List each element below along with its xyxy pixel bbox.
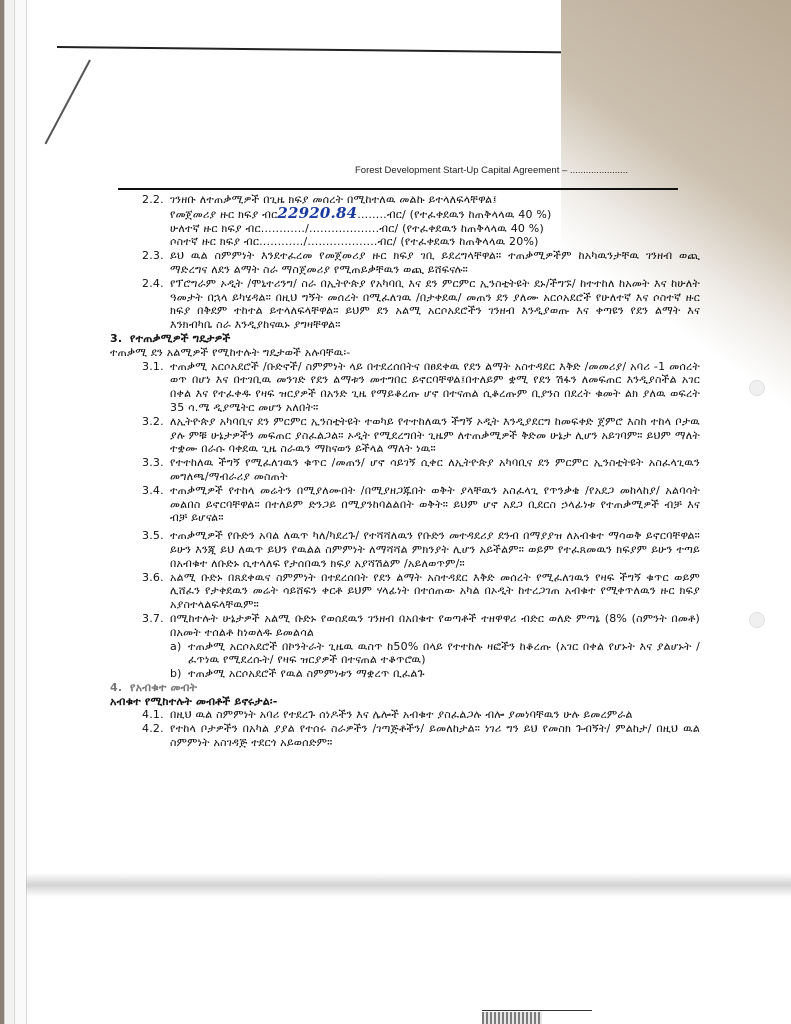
clause-number: 2.4. (142, 277, 170, 332)
document-body: 2.2. ገንዘቡ ለተጠቃሚዎች በጊዜ ክፍያ መሰረት በሚከተለዉ መል… (110, 193, 700, 750)
clause-text: ተጠቃሚ አርሶአደሮች /ቡድኖች/ ስምምነት ላይ በተደረሰበትና በፀ… (170, 360, 700, 415)
clause-3-2: 3.2. ለኢትዮጵያ አካባቢና ደን ምርምር ኢንስቲትዩት ተወካይ የ… (142, 415, 700, 456)
section-number: 3. (110, 332, 130, 346)
clause-text: ተጠቃሚዎች የተከላ መሬትን በሚያለሙበት /በሚያዘጋጁበት ወቅት ያ… (170, 484, 700, 525)
first-payment-line: የመጀመሪያ ዙር ክፍያ ብር22920.84........ብር/ (የተፈ… (170, 207, 700, 222)
clause-4-1: 4.1. በዚህ ዉል ስምምነት አባሪ የተደረጉ ሰነዶችን እና ሌሎች… (142, 708, 700, 722)
clause-3-6: 3.6. አልሚ ቡድኑ በጸደቀዉና ስምምነት በተደረሰበት የደን ልማ… (142, 571, 700, 612)
clause-text: የተከላ ቦታዎችን በአካል ያያል የተሰሩ ስራዎችን /ገጣጅቶችን/ … (170, 722, 700, 750)
clause-text: በሚከተሉት ሁኔታዎች አልሚ ቡድኑ የወሰደዉን ገንዘብ በአበቁተ የ… (170, 612, 700, 640)
footer-rule (482, 1010, 592, 1011)
section-4-intro: አብቁተ የሚከተሉት መብቶች ይኖሩታል፡- (110, 695, 700, 709)
section-number: 4. (110, 681, 130, 695)
punch-hole (749, 380, 765, 396)
section-3-heading: 3. የተጠቃሚዎች ግዴታዎች (110, 332, 700, 346)
punch-hole (749, 612, 765, 628)
subclause-a: a) ተጠቃሚ አርሶአደሮች በኮንትራት ጊዜዉ ዉስጥ ከ50% በላይ … (170, 640, 700, 668)
clause-text: ይህ ዉል ስምምነት እንደተፈረመ የመጀመሪያ ዙር ክፍያ ገቢ ይደረ… (170, 249, 700, 277)
running-header: Forest Development Start-Up Capital Agre… (355, 165, 628, 176)
clause-number: 3.1. (142, 360, 170, 415)
clause-3-5: 3.5. ተጠቃሚዎች የቡድን አባል ለዉጥ ካለ/ካደረጉ/ የተሻሻለዉ… (142, 529, 700, 570)
clause-text: ለኢትዮጵያ አካባቢና ደን ምርምር ኢንስቲትዩት ተወካይ የተተከለዉ… (170, 415, 700, 456)
header-rule (118, 188, 678, 190)
section-4-heading: 4. የአብቁተ መብት (110, 681, 700, 695)
clause-2-2: 2.2. ገንዘቡ ለተጠቃሚዎች በጊዜ ክፍያ መሰረት በሚከተለዉ መል… (142, 193, 700, 249)
clause-2-3: 2.3. ይህ ዉል ስምምነት እንደተፈረመ የመጀመሪያ ዙር ክፍያ ገ… (142, 249, 700, 277)
clause-text: ተጠቃሚዎች የቡድን አባል ለዉጥ ካለ/ካደረጉ/ የተሻሻለዉን የቡድ… (170, 529, 700, 570)
top-rule (57, 46, 657, 54)
section-title: የአብቁተ መብት (130, 681, 197, 695)
pen-mark (45, 60, 91, 145)
clause-text: የፕሮግራም ኦዲት /ሞኒተሪንግ/ ስራ በኢትዮጵያ የአካባቢ እና ደ… (170, 277, 700, 332)
clause-number: 3.4. (142, 484, 170, 525)
clause-number: 2.2. (142, 193, 170, 249)
clause-number: 3.7. (142, 612, 170, 681)
clause-3-1: 3.1. ተጠቃሚ አርሶአደሮች /ቡድኖች/ ስምምነት ላይ በተደረሰበ… (142, 360, 700, 415)
third-payment-line: ሶስተኛ ዙር ክፍያ ብር............/.............… (170, 235, 700, 249)
clause-text: አልሚ ቡድኑ በጸደቀዉና ስምምነት በተደረሰበት የደን ልማት አስተ… (170, 571, 700, 612)
clause-number: 2.3. (142, 249, 170, 277)
clause-text: የተተከለዉ ችግኝ የሚፈለገዉን ቁጥር /መጠን/ ሆኖ ሳይገኝ ሲቀር… (170, 456, 700, 484)
subclause-b: b) ተጠቃሚ አርሶአደሮች የዉል ስምምነቱን ማቋረጥ ቢፈልጉ (170, 667, 700, 681)
clause-number: 4.2. (142, 722, 170, 750)
clause-text: ገንዘቡ ለተጠቃሚዎች በጊዜ ክፍያ መሰረት በሚከተለዉ መልኩ ይተላ… (170, 193, 700, 207)
clause-number: 4.1. (142, 708, 170, 722)
clause-number: 3.5. (142, 529, 170, 570)
clause-3-4: 3.4. ተጠቃሚዎች የተከላ መሬትን በሚያለሙበት /በሚያዘጋጁበት … (142, 484, 700, 525)
second-payment-line: ሁለተኛ ዙር ክፍያ ብር............/.............… (170, 222, 700, 236)
section-title: የተጠቃሚዎች ግዴታዎች (130, 332, 230, 346)
clause-number: 3.6. (142, 571, 170, 612)
clause-3-7: 3.7. በሚከተሉት ሁኔታዎች አልሚ ቡድኑ የወሰደዉን ገንዘብ በአ… (142, 612, 700, 681)
clause-3-3: 3.3. የተተከለዉ ችግኝ የሚፈለገዉን ቁጥር /መጠን/ ሆኖ ሳይገ… (142, 456, 700, 484)
clause-4-2: 4.2. የተከላ ቦታዎችን በአካል ያያል የተሰሩ ስራዎችን /ገጣጅ… (142, 722, 700, 750)
section-3-intro: ተጠቃሚ ደን አልሚዎች የሚከተሉት ግዴታወች አሉባቸዉ፡- (110, 346, 700, 360)
clause-2-4: 2.4. የፕሮግራም ኦዲት /ሞኒተሪንግ/ ስራ በኢትዮጵያ የአካባቢ… (142, 277, 700, 332)
footer-stamp (482, 1012, 542, 1024)
clause-text: በዚህ ዉል ስምምነት አባሪ የተደረጉ ሰነዶችን እና ሌሎች አብቁተ… (170, 708, 700, 722)
handwritten-amount: 22920.84 (277, 204, 357, 222)
clause-number: 3.3. (142, 456, 170, 484)
clause-number: 3.2. (142, 415, 170, 456)
